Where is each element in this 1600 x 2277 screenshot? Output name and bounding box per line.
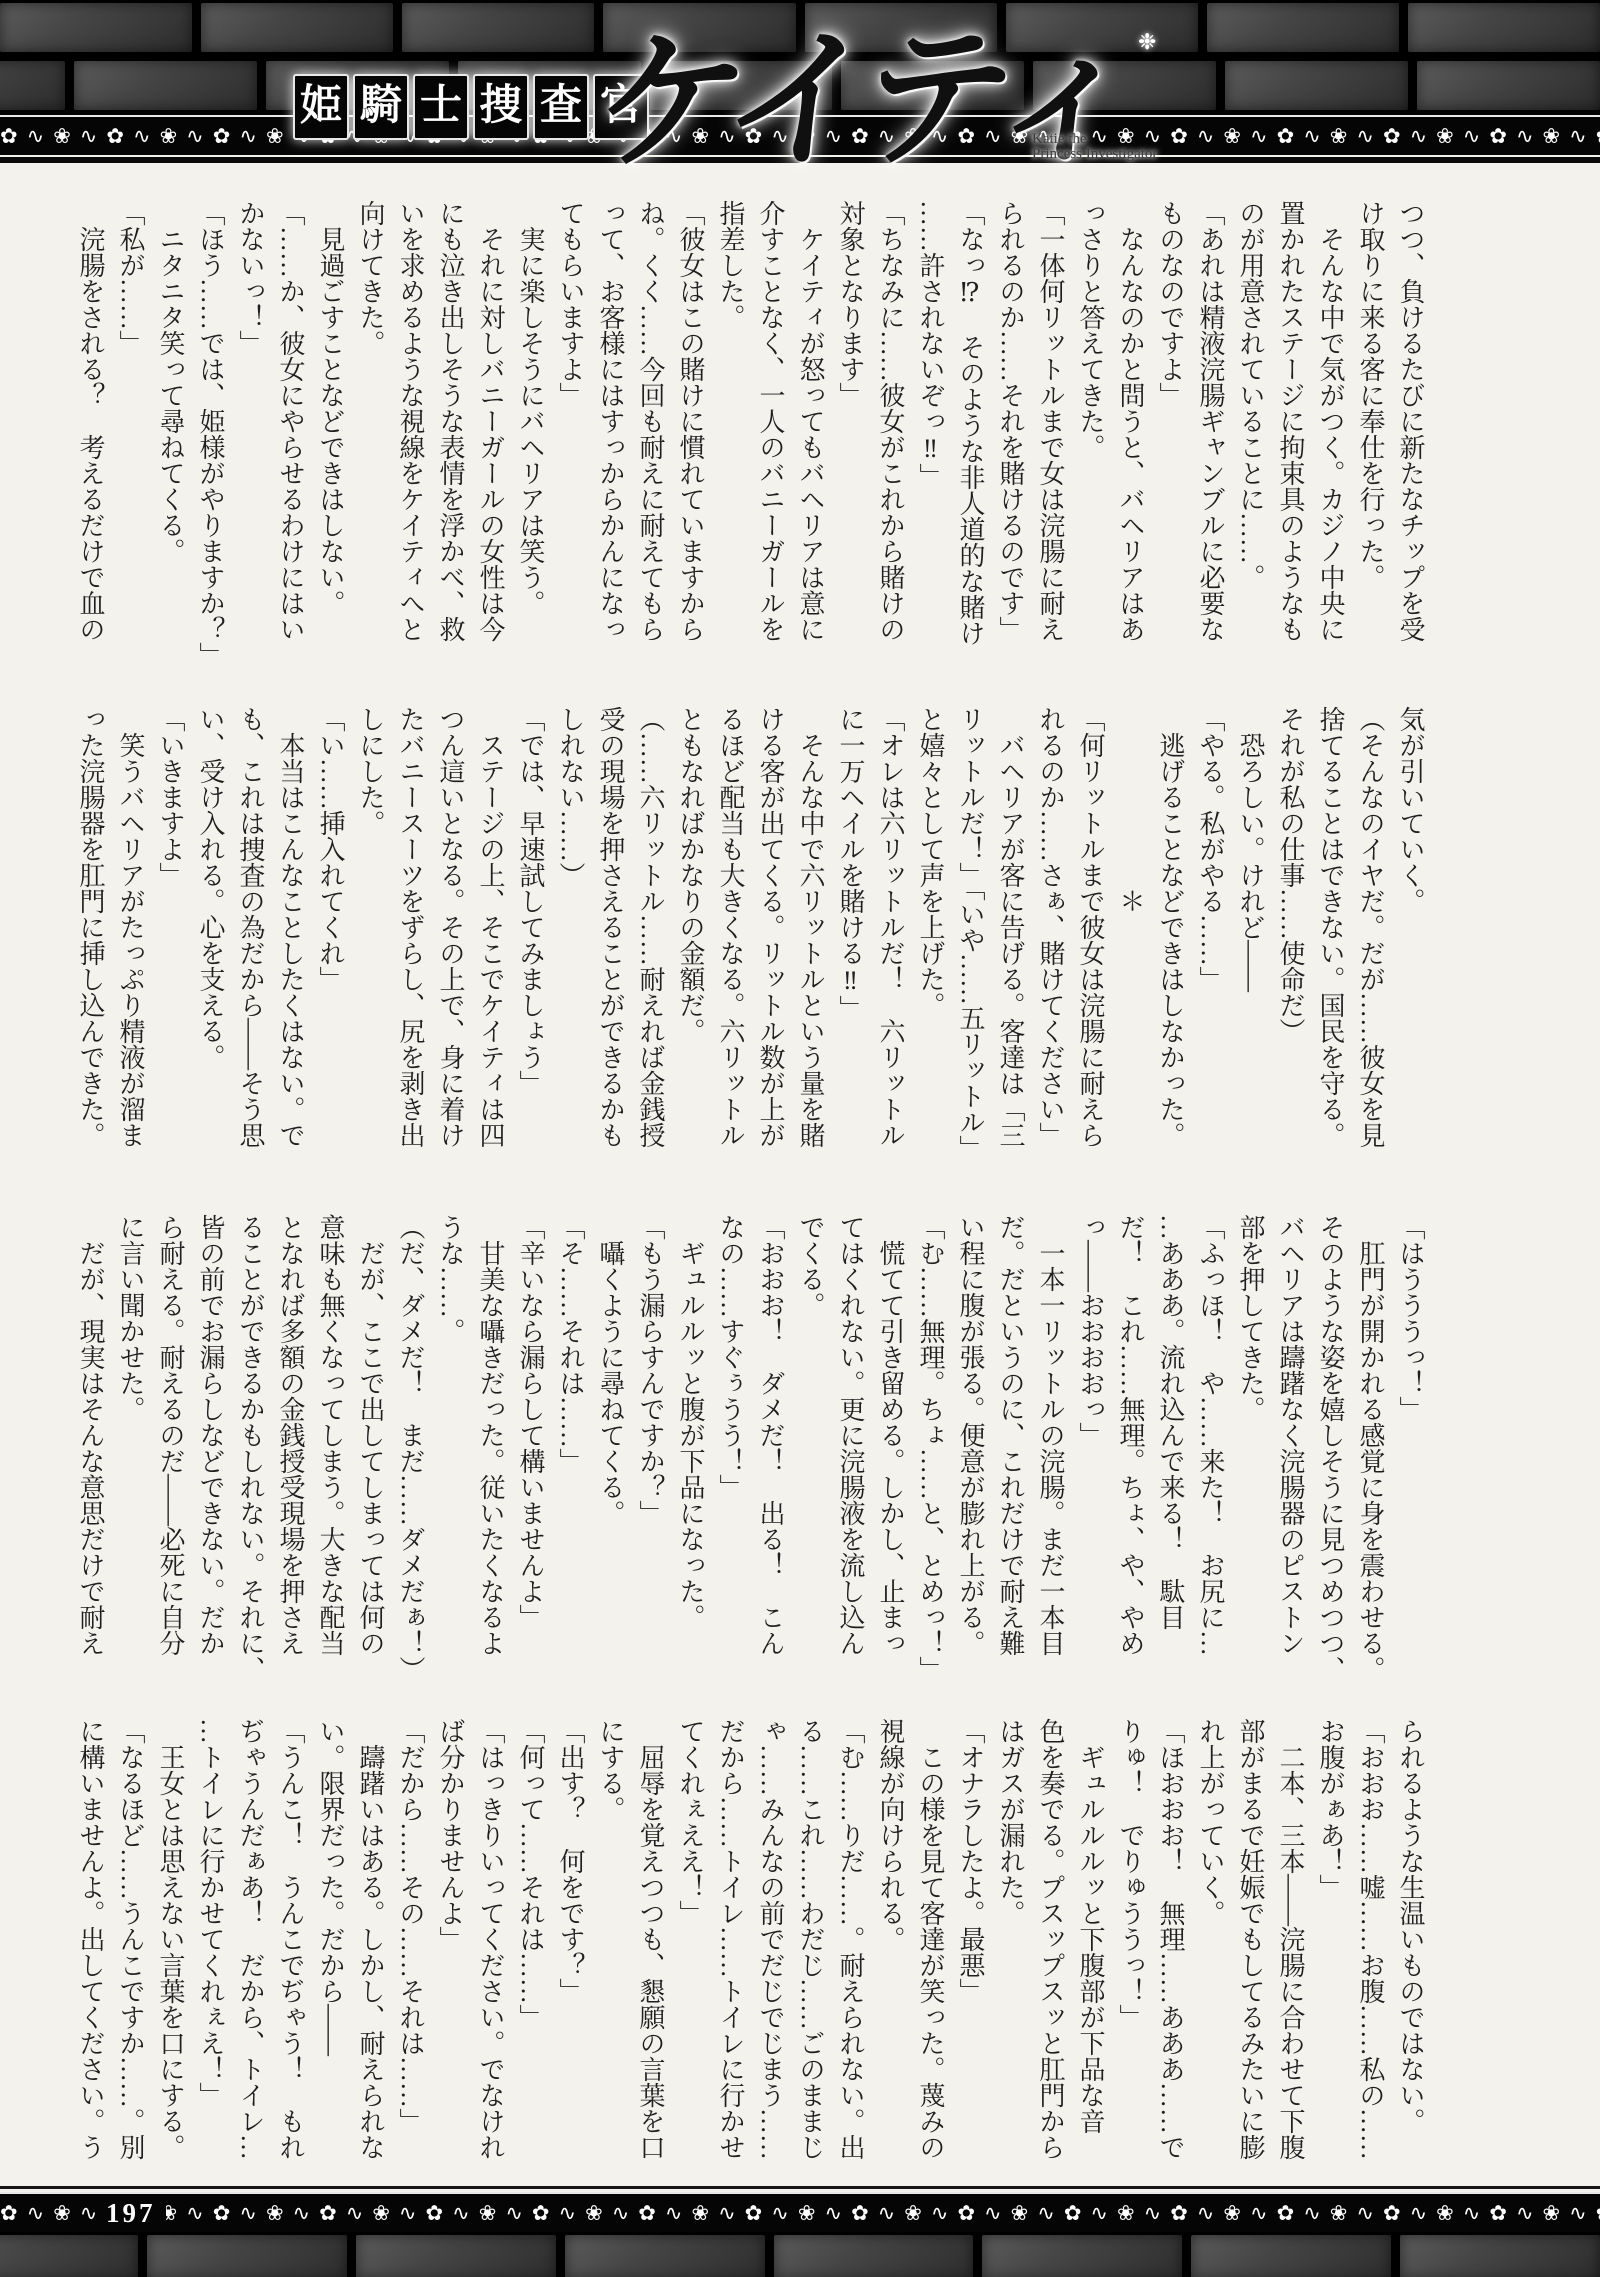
text-column: 「やる。私がやる……」 xyxy=(1190,706,1230,1184)
ornament-border-bottom: ✿∿❀∿✿∿❀∿✿∿❀∿✿∿❀∿✿∿❀∿✿∿❀∿✿∿❀∿✿∿❀∿✿∿❀∿✿∿❀∿… xyxy=(0,2192,1600,2232)
brick xyxy=(805,3,997,52)
text-column: ニタニタ笑って尋ねてくる。 xyxy=(150,200,190,678)
text-column: 「なるほど……うんこですか……。別 xyxy=(110,1718,150,2196)
brick xyxy=(402,3,594,52)
text-column: 「では、早速試してみましょう」 xyxy=(510,706,550,1184)
text-column: 「何リットルまで彼女は浣腸に耐えら xyxy=(1070,706,1110,1184)
text-column: に構いませんよ。出してください。う xyxy=(70,1718,110,2196)
text-column: った浣腸器を肛門に挿し込んできた。 xyxy=(70,706,110,1184)
text-column: け取りに来る客に奉仕を行った。 xyxy=(1350,200,1390,678)
text-column: 「む……無理。ちょ……と、とめっ！」 xyxy=(910,1214,950,1692)
text-column: てくれぇええ！」 xyxy=(670,1718,710,2196)
text-column: 浣腸をされる？ 考えるだけで血の xyxy=(70,200,110,678)
text-column: そのような姿を嬉しそうに見つめつつ、 xyxy=(1310,1214,1350,1692)
text-column: それが私の仕事……使命だ） xyxy=(1270,706,1310,1184)
text-column: …あああ。流れ込んで来る！ 駄目 xyxy=(1150,1214,1190,1692)
text-column: ともなればかなりの金額だ。 xyxy=(670,706,710,1184)
text-column: と嬉々として声を上げた。 xyxy=(910,706,950,1184)
text-column: に一万ヘイルを賭ける‼」 xyxy=(830,706,870,1184)
text-column: 「……か、彼女にやらせるわけにはい xyxy=(270,200,310,678)
text-column: 逃げることなどできはしなかった。 xyxy=(1150,706,1190,1184)
brick xyxy=(0,61,65,110)
text-column: 「オレは六リットルだ！ 六リットル xyxy=(870,706,910,1184)
text-column: 恐ろしい。けれど—— xyxy=(1230,706,1270,1184)
text-column: 受の現場を押さえることができるかも xyxy=(590,706,630,1184)
text-column: はガスが漏れた。 xyxy=(990,1718,1030,2196)
text-column: られるのか……それを賭けるのです」 xyxy=(990,200,1030,678)
text-column: そんな中で気がつく。カジノ中央に xyxy=(1310,200,1350,678)
text-column: 「いきますよ」 xyxy=(150,706,190,1184)
text-column: となれば多額の金銭授受現場を押さえ xyxy=(270,1214,310,1692)
text-column: 「い……挿入れてくれ」 xyxy=(310,706,350,1184)
text-column: 捨てることはできない。国民を守る。 xyxy=(1310,706,1350,1184)
text-column: かないっ！」 xyxy=(230,200,270,678)
brick-row xyxy=(0,3,1600,52)
text-column: 「彼女はこの賭けに慣れていますから xyxy=(670,200,710,678)
text-column: だが、現実はそんな意思だけで耐え xyxy=(70,1214,110,1692)
text-column: 「ほう……では、姫様がやりますか？」 xyxy=(190,200,230,678)
brick-wall-top xyxy=(0,0,1600,115)
text-column: だから……トイレ……トイレに行かせ xyxy=(710,1718,750,2196)
text-column: も、これは捜査の為だから——そう思 xyxy=(230,706,270,1184)
brick xyxy=(266,61,449,110)
text-column: しにした。 xyxy=(350,706,390,1184)
text-column: 「はっきりいってください。でなけれ xyxy=(470,1718,510,2196)
text-column: いを求めるような視線をケイティへと xyxy=(390,200,430,678)
text-column: にも泣き出しそうな表情を浮かべ、救 xyxy=(430,200,470,678)
text-column: ものなのですよ」 xyxy=(1150,200,1190,678)
text-column: てはくれない。更に浣腸液を流し込ん xyxy=(830,1214,870,1692)
text-column: ける客が出てくる。リットル数が上が xyxy=(750,706,790,1184)
brick-row xyxy=(0,2235,1600,2277)
brick xyxy=(147,2235,347,2277)
text-column: られるような生温いものではない。 xyxy=(1390,1718,1430,2196)
text-column: 部がまるで妊娠でもしてるみたいに膨 xyxy=(1230,1718,1270,2196)
text-column: ケイティが怒ってもバヘリアは意に xyxy=(790,200,830,678)
header-rule xyxy=(0,157,1600,163)
text-column: （……六リットル……耐えれば金銭授 xyxy=(630,706,670,1184)
text-column: 「はうううっ！」 xyxy=(1390,1214,1430,1692)
brick xyxy=(1225,61,1408,110)
text-column: ら耐える。耐えるのだ——必死に自分 xyxy=(150,1214,190,1692)
text-column: ステージの上、そこでケイティは四 xyxy=(470,706,510,1184)
text-column: 「一体何リットルまで女は浣腸に耐え xyxy=(1030,200,1070,678)
brick xyxy=(603,3,795,52)
text-column: リットルだ！」「いや……五リットル」 xyxy=(950,706,990,1184)
brick xyxy=(982,2235,1182,2277)
text-column: 王女とは思えない言葉を口にする。 xyxy=(150,1718,190,2196)
text-column: 置かれたステージに拘束具のようなも xyxy=(1270,200,1310,678)
text-column: 本当はこんなことしたくはない。で xyxy=(270,706,310,1184)
text-column: い程に腹が張る。便意が膨れ上がる。 xyxy=(950,1214,990,1692)
text-column: 「なっ⁉ そのような非人道的な賭け xyxy=(950,200,990,678)
text-column: る……これ……わだじ……ごのままじ xyxy=(790,1718,830,2196)
text-column: …トイレに行かせてくれぇえ！」 xyxy=(190,1718,230,2196)
text-column: お腹がぁあ！」 xyxy=(1310,1718,1350,2196)
text-column: そんな中で六リットルという量を賭 xyxy=(790,706,830,1184)
text-column: ……許されないぞっ‼」 xyxy=(910,200,950,678)
text-column: 色を奏でる。プスップスッと肛門から xyxy=(1030,1718,1070,2196)
text-column: この様を見て客達が笑った。蔑みの xyxy=(910,1718,950,2196)
text-column: ゃ……みんなの前でだじでじまう…… xyxy=(750,1718,790,2196)
brick xyxy=(1417,61,1600,110)
text-column: 慌てて引き留める。しかし、止まっ xyxy=(870,1214,910,1692)
text-column: ることができるかもしれない。それに、 xyxy=(230,1214,270,1692)
text-column: ね。くく……今回も耐えに耐えてもら xyxy=(630,200,670,678)
text-column: 甘美な囁きだった。従いたくなるよ xyxy=(470,1214,510,1692)
text-column: れ上がっていく。 xyxy=(1190,1718,1230,2196)
brick xyxy=(841,61,1024,110)
brick xyxy=(356,2235,556,2277)
text-column: 「ふっほ！ や……来た！ お尻に… xyxy=(1190,1214,1230,1692)
text-column: 実に楽しそうにバヘリアは笑う。 xyxy=(510,200,550,678)
text-column: 「私が……」 xyxy=(110,200,150,678)
text-column: 向けてきた。 xyxy=(350,200,390,678)
brick-wall-bottom xyxy=(0,2232,1600,2277)
text-column: 部を押してきた。 xyxy=(1230,1214,1270,1692)
brick xyxy=(1400,2235,1600,2277)
text-column: 「そ……それは……」 xyxy=(550,1214,590,1692)
text-column: ギュルルッと腹が下品になった。 xyxy=(670,1214,710,1692)
text-column: 「出す？ 何をです？」 xyxy=(550,1718,590,2196)
page-number: 197 xyxy=(96,2194,166,2232)
text-column: つつ、負けるたびに新たなチップを受 xyxy=(1390,200,1430,678)
text-column: っさりと答えてきた。 xyxy=(1070,200,1110,678)
text-column: 笑うバヘリアがたっぷり精液が溜ま xyxy=(110,706,150,1184)
page-footer-border: ✿∿❀∿✿∿❀∿✿∿❀∿✿∿❀∿✿∿❀∿✿∿❀∿✿∿❀∿✿∿❀∿✿∿❀∿✿∿❀∿… xyxy=(0,2186,1600,2277)
text-column: 屈辱を覚えつつも、懇願の言葉を口 xyxy=(630,1718,670,2196)
brick xyxy=(774,2235,974,2277)
brick xyxy=(650,61,833,110)
text-column: 「うんこ！ うんこでぢゃう！ もれ xyxy=(270,1718,310,2196)
text-column: に言い聞かせた。 xyxy=(110,1214,150,1692)
text-column: それに対しバニーガールの女性は今 xyxy=(470,200,510,678)
text-column: い、受け入れる。心を支える。 xyxy=(190,706,230,1184)
brick xyxy=(0,2235,138,2277)
text-column: 「オナラしたよ。最悪」 xyxy=(950,1718,990,2196)
text-column: バヘリアが客に告げる。客達は「三 xyxy=(990,706,1030,1184)
scanned-novel-page: { "header": { "logo_boxed": "姫騎士捜査官", "l… xyxy=(0,0,1600,2277)
text-column: 「辛いなら漏らして構いませんよ」 xyxy=(510,1214,550,1692)
text-column: るほど配当も大きくなる。六リットル xyxy=(710,706,750,1184)
text-band-3: 「はうううっ！」 肛門が開かれる感覚に身を震わせる。そのような姿を嬉しそうに見つ… xyxy=(70,1214,1430,1692)
text-column: 視線が向けられる。 xyxy=(870,1718,910,2196)
text-column: つん這いとなる。その上で、身に着け xyxy=(430,706,470,1184)
text-column: 「ほおおお！ 無理……あああ……で xyxy=(1150,1718,1190,2196)
text-column: 一本一リットルの浣腸。まだ一本目 xyxy=(1030,1214,1070,1692)
text-column: だ。だというのに、これだけで耐え難 xyxy=(990,1214,1030,1692)
text-band-2: 気が引いていく。（そんなのイヤだ。だが……彼女を見捨てることはできない。国民を守… xyxy=(70,706,1430,1184)
text-column: のが用意されていることに……。 xyxy=(1230,200,1270,678)
text-column: って、お客様にはすっからかんになっ xyxy=(590,200,630,678)
text-column: 「あれは精液浣腸ギャンブルに必要な xyxy=(1190,200,1230,678)
text-column: （そんなのイヤだ。だが……彼女を見 xyxy=(1350,706,1390,1184)
text-column: なんなのかと問うと、バヘリアはあ xyxy=(1110,200,1150,678)
footer-rule xyxy=(0,2186,1600,2189)
text-column: 「だから……その……それは……」 xyxy=(390,1718,430,2196)
brick xyxy=(1207,3,1399,52)
text-column: 肛門が開かれる感覚に身を震わせる。 xyxy=(1350,1214,1390,1692)
text-column: 皆の前でお漏らしなどできない。だか xyxy=(190,1214,230,1692)
text-column: うな……。 xyxy=(430,1214,470,1692)
text-column: てもらいますよ」 xyxy=(550,200,590,678)
brick xyxy=(458,61,641,110)
brick-row xyxy=(0,61,1600,110)
text-column: ぢゃうんだぁあ！ だから、トイレ… xyxy=(230,1718,270,2196)
text-column: 「何って……それは……」 xyxy=(510,1718,550,2196)
text-column: 「む……りだ……。耐えられない。出 xyxy=(830,1718,870,2196)
text-column: バヘリアは躊躇なく浣腸器のピストン xyxy=(1270,1214,1310,1692)
brick xyxy=(201,3,393,52)
text-column: 「おおお！ ダメだ！ 出る！ こん xyxy=(750,1214,790,1692)
text-column: 躊躇いはある。しかし、耐えられな xyxy=(350,1718,390,2196)
text-column: 指差した。 xyxy=(710,200,750,678)
text-column: たバニースーツをずらし、尻を剥き出 xyxy=(390,706,430,1184)
brick xyxy=(1006,3,1198,52)
text-column: 見過ごすことなどできはしない。 xyxy=(310,200,350,678)
text-band-4: られるような生温いものではない。「おおお……嘘……お腹……私の……お腹がぁあ！」… xyxy=(70,1718,1430,2196)
text-column: なの……すぐぅうう！」 xyxy=(710,1214,750,1692)
text-column: ＊ xyxy=(1110,706,1150,1184)
text-column: 「もう漏らすんですか？」 xyxy=(630,1214,670,1692)
text-column: 「おおお……嘘……お腹……私の…… xyxy=(1350,1718,1390,2196)
brick xyxy=(74,61,257,110)
text-column: 気が引いていく。 xyxy=(1390,706,1430,1184)
text-column: れるのか……さぁ、賭けてください」 xyxy=(1030,706,1070,1184)
text-column: だが、ここで出してしまっては何の xyxy=(350,1214,390,1692)
text-column: でくる。 xyxy=(790,1214,830,1692)
text-column: にする。 xyxy=(590,1718,630,2196)
brick xyxy=(1033,61,1216,110)
text-column: りゅ！ でりゅううっ！」 xyxy=(1110,1718,1150,2196)
text-column: ギュルルルッと下腹部が下品な音 xyxy=(1070,1718,1110,2196)
text-column: い。限界だった。だから—— xyxy=(310,1718,350,2196)
text-column: 意味も無くなってしまう。大きな配当 xyxy=(310,1214,350,1692)
page-header-border: ✿∿❀∿✿∿❀∿✿∿❀∿✿∿❀∿✿∿❀∿✿∿❀∿✿∿❀∿✿∿❀∿✿∿❀∿✿∿❀∿… xyxy=(0,0,1600,163)
text-band-1: つつ、負けるたびに新たなチップを受け取りに来る客に奉仕を行った。 そんな中で気が… xyxy=(70,200,1430,678)
text-column: 対象となります」 xyxy=(830,200,870,678)
ornament-border-top: ✿∿❀∿✿∿❀∿✿∿❀∿✿∿❀∿✿∿❀∿✿∿❀∿✿∿❀∿✿∿❀∿✿∿❀∿✿∿❀∿… xyxy=(0,115,1600,155)
text-column: ば分かりませんよ」 xyxy=(430,1718,470,2196)
brick xyxy=(0,3,192,52)
text-column: 二本、三本——浣腸に合わせて下腹 xyxy=(1270,1718,1310,2196)
text-column: 「ちなみに……彼女がこれから賭けの xyxy=(870,200,910,678)
brick xyxy=(565,2235,765,2277)
text-column: しれない……） xyxy=(550,706,590,1184)
text-column: っ——おおおおっ」 xyxy=(1070,1214,1110,1692)
text-column: 介すことなく、一人のバニーガールを xyxy=(750,200,790,678)
brick xyxy=(1408,3,1600,52)
text-column: だ！ これ……無理。ちょ、や、やめ xyxy=(1110,1214,1150,1692)
brick xyxy=(1191,2235,1391,2277)
text-column: （だ、ダメだ！ まだ……ダメだぁ！） xyxy=(390,1214,430,1692)
text-column: 囁くように尋ねてくる。 xyxy=(590,1214,630,1692)
